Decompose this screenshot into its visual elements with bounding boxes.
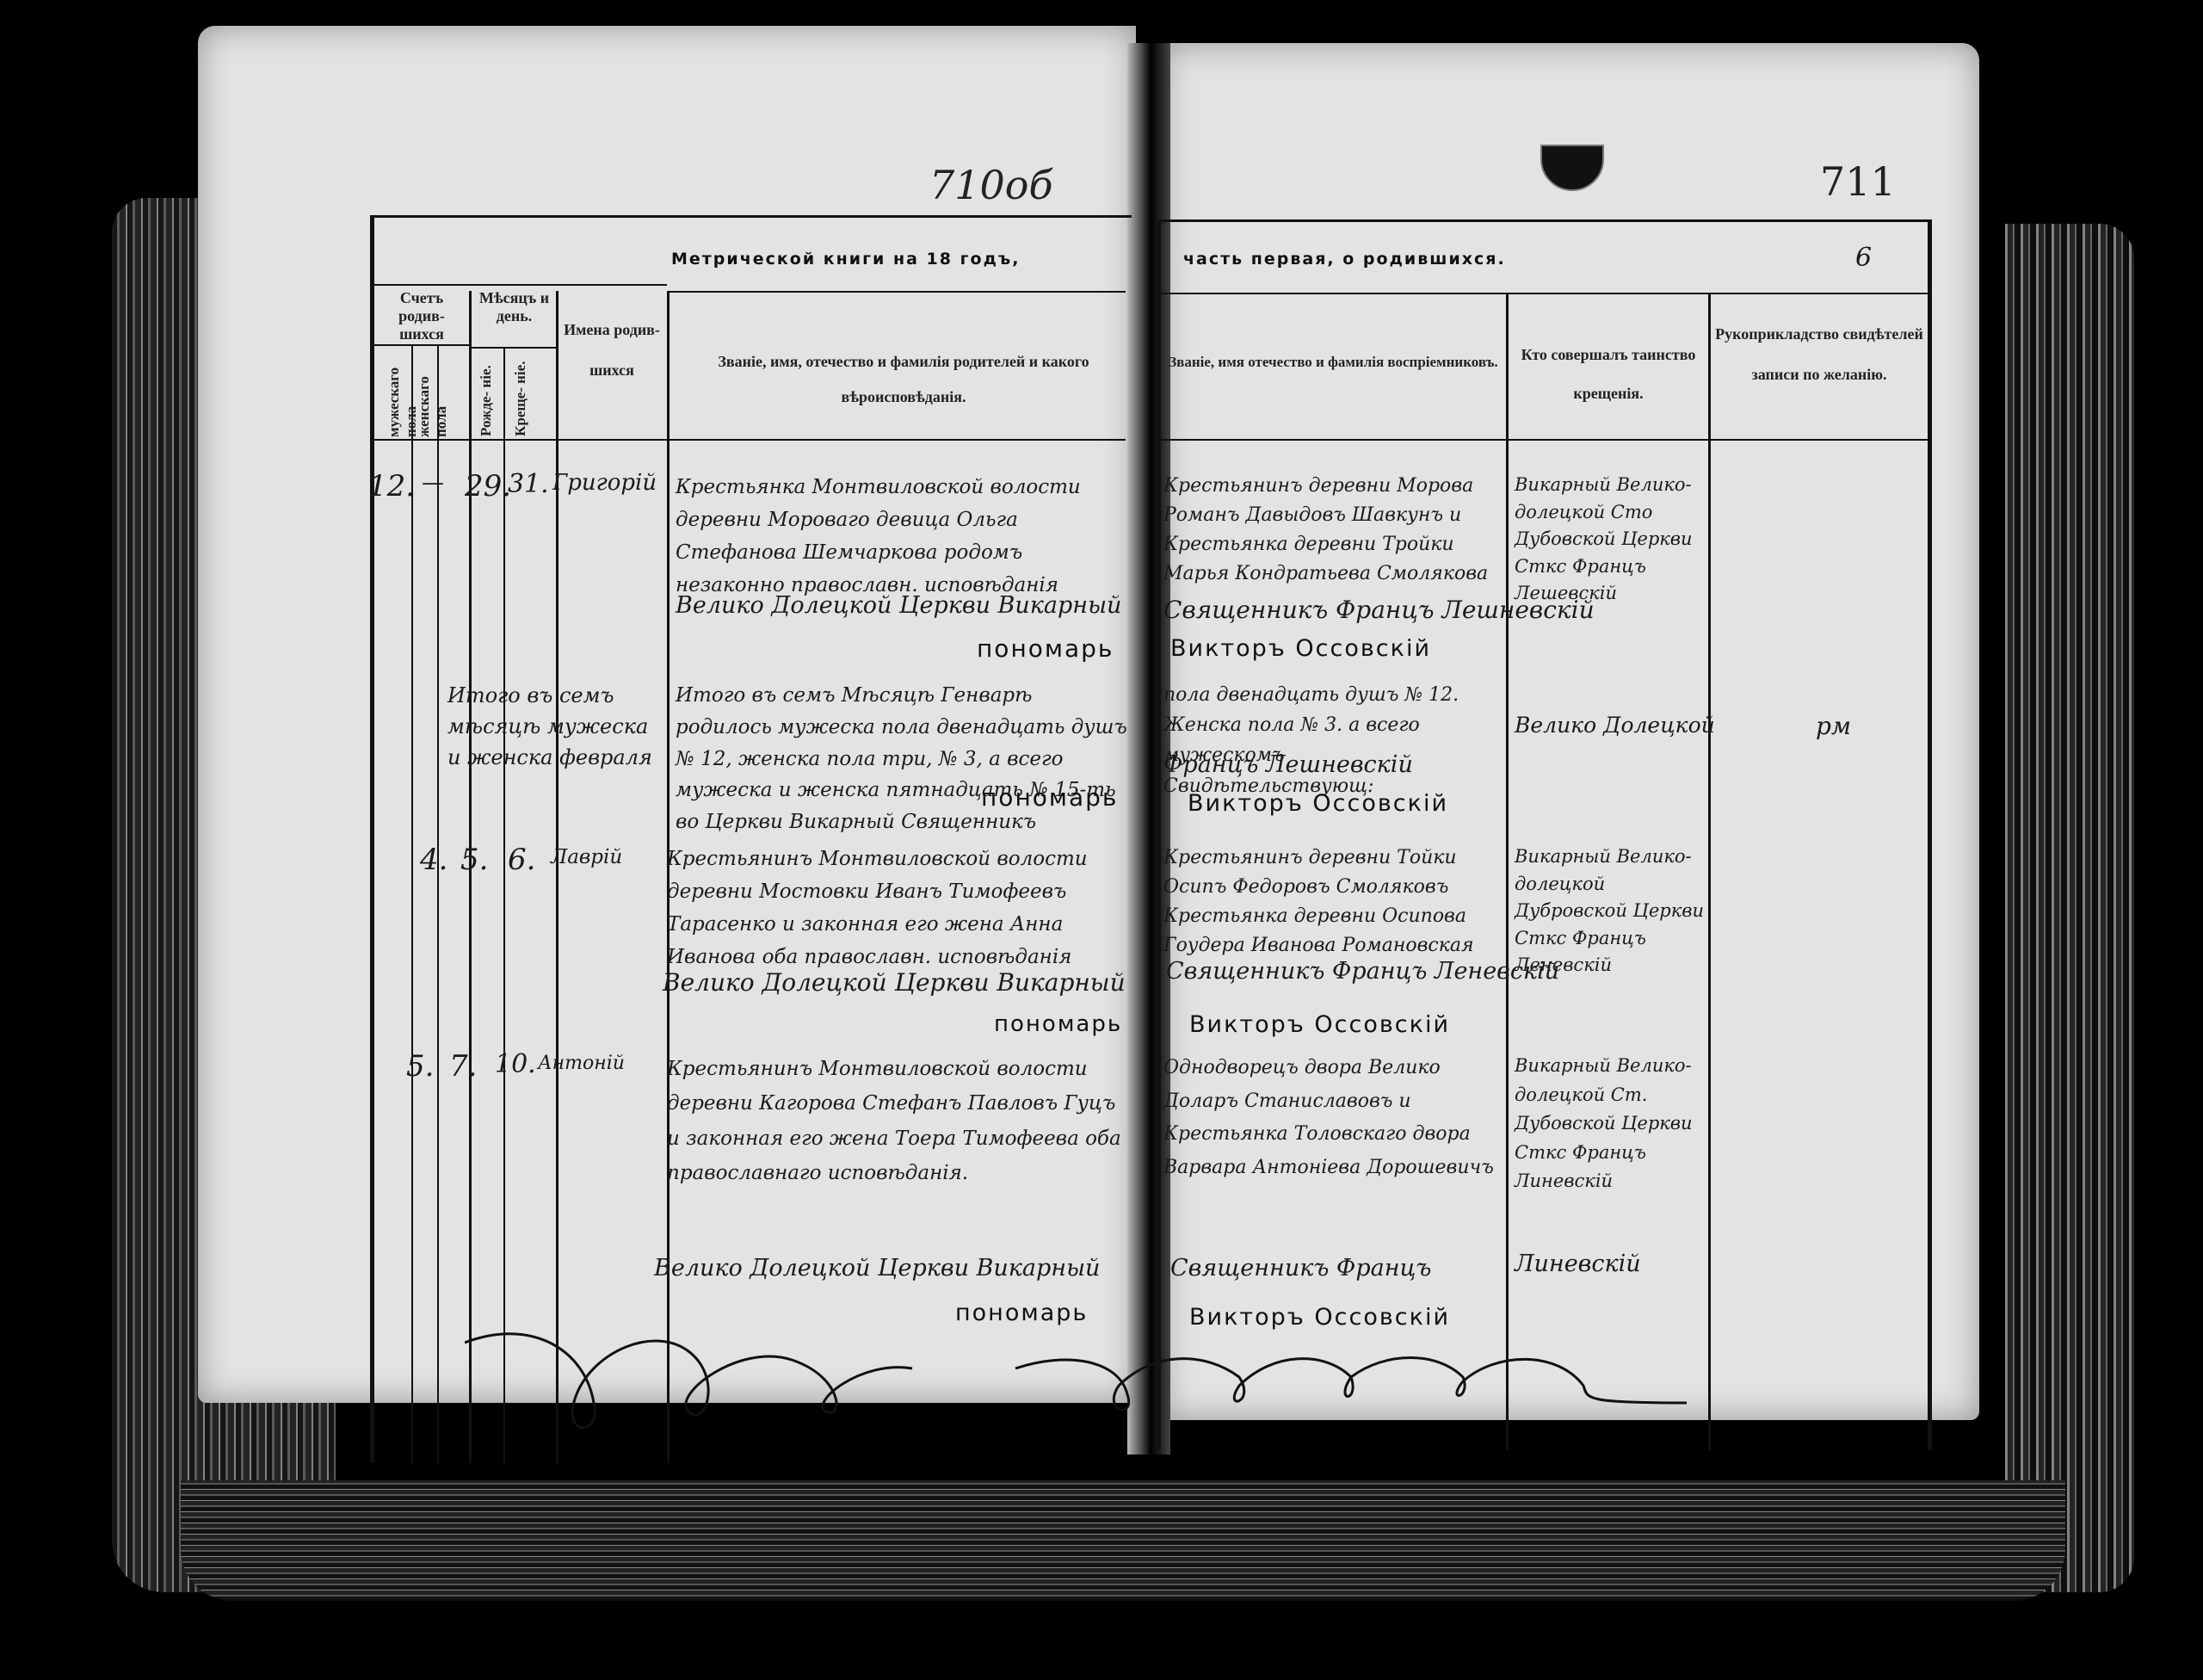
entry-parents-signature-role: пономарь xyxy=(977,634,1114,663)
col-header-names: Имена родив- шихся xyxy=(559,310,664,391)
entry-parents-signature: Велико Долецкой Церкви Викарный xyxy=(676,594,1121,617)
entry-godparents-signature-2: Викторъ Оссовскій xyxy=(1170,635,1431,662)
entry-male-number: 12. xyxy=(368,472,415,501)
entry-birth-day: 29. xyxy=(465,472,511,501)
entry-officiant: Викарный Велико-долецкой Ст. Дубовской Ц… xyxy=(1515,1052,1706,1196)
entry-parents-signature: Велико Долецкой Церкви Викарный xyxy=(663,971,1126,995)
book-subtitle: часть первая, о родившихся. xyxy=(1183,250,1506,269)
entry-officiant: Викарный Велико-долецкой Дубровской Церк… xyxy=(1515,843,1706,979)
summary-side-note: Итого въ семъ мѣсяцѣ мужеска и женска фе… xyxy=(447,680,663,773)
entry-female-number: — xyxy=(422,472,444,494)
entry-godparents-signature: Священникъ Францъ xyxy=(1170,1257,1431,1280)
entry-parents: Крестьянинъ Монтвиловской волости деревн… xyxy=(667,843,1127,974)
entry-birth-day: 5. xyxy=(460,845,488,874)
summary-signature-2: Викторъ Оссовскій xyxy=(1188,790,1448,817)
col-header-parents: Званіе, имя, отечество и фамилія родител… xyxy=(688,344,1119,416)
entry-birth-day: 7. xyxy=(449,1052,477,1081)
book-page-edges-bottom xyxy=(181,1480,2065,1601)
entry-godparents-signature: Священникъ Францъ Леневскій xyxy=(1166,960,1559,983)
entry-baptism-day: 31. xyxy=(508,472,549,497)
summary-witness: рм xyxy=(1816,714,1851,738)
entry-baptism-day: 10. xyxy=(495,1052,536,1078)
col-header-count: Счетъ родив- шихся xyxy=(375,289,468,343)
entry-parents: Крестьянинъ Монтвиловской волости деревн… xyxy=(667,1052,1127,1190)
summary-godparents: пола двенадцать душъ № 12. Женска пола №… xyxy=(1163,680,1499,801)
entry-parents: Крестьянка Монтвиловской волости деревни… xyxy=(676,472,1127,602)
entry-parents-signature-role: пономарь xyxy=(994,1011,1122,1037)
entry-godparents: Однодворецъ двора Велико Доларъ Станисла… xyxy=(1163,1052,1499,1184)
col-header-officiant: Кто совершалъ таинство крещенія. xyxy=(1510,336,1706,413)
frame-top-right xyxy=(1157,219,1932,222)
entry-male-number: 4. xyxy=(420,845,447,874)
closing-flourish xyxy=(465,1317,1824,1437)
entry-godparents: Крестьянинъ деревни Морова Романъ Давыдо… xyxy=(1163,472,1499,589)
entry-child-name: Антоній xyxy=(538,1054,625,1073)
entry-officiant: Викарный Велико-долецкой Сто Дубовской Ц… xyxy=(1515,472,1706,608)
col-header-baptism: Креще- ніе. xyxy=(512,355,529,436)
book-title: Метрической книги на 18 годъ, xyxy=(671,250,1020,269)
entry-godparents-signature-2: Викторъ Оссовскій xyxy=(1189,1011,1450,1038)
summary-officiant: Велико Долецкой xyxy=(1515,714,1715,736)
summary-note: Итого въ семъ Мѣсяцѣ Генварѣ родилось му… xyxy=(676,680,1127,838)
page-number-right: 711 xyxy=(1820,158,1896,205)
col-header-male: мужескаго пола xyxy=(386,351,420,437)
entry-baptism-day: 6. xyxy=(508,845,535,874)
entry-male-number: 5. xyxy=(406,1052,434,1081)
page-number-left: 710об xyxy=(929,162,1053,208)
entry-child-name: Григорій xyxy=(552,472,657,494)
summary-signature: Францъ Лешневскій xyxy=(1163,753,1413,776)
frame-top-left xyxy=(370,215,1132,218)
book-page-edges-right xyxy=(2005,224,2134,1592)
entry-child-name: Лаврій xyxy=(551,848,622,868)
entry-parents-signature: Велико Долецкой Церкви Викарный xyxy=(654,1257,1100,1280)
summary-signature-role: пономарь xyxy=(981,783,1118,812)
col-header-witnesses: Рукоприкладство свидѣтелей записи по жел… xyxy=(1712,314,1926,395)
entry-godparents: Крестьянинъ деревни Тойки Осипъ Федоровъ… xyxy=(1163,843,1499,960)
corner-mark: 6 xyxy=(1855,245,1872,271)
col-header-female: женскаго пола xyxy=(416,351,450,437)
col-header-date: Мѣсяцъ и день. xyxy=(473,289,555,325)
col-header-birth: Рожде- ніе. xyxy=(478,355,495,436)
col-header-godparents: Званіе, имя отечество и фамилія воспріем… xyxy=(1163,344,1503,381)
entry-witness-signature: Линевскій xyxy=(1515,1252,1641,1275)
